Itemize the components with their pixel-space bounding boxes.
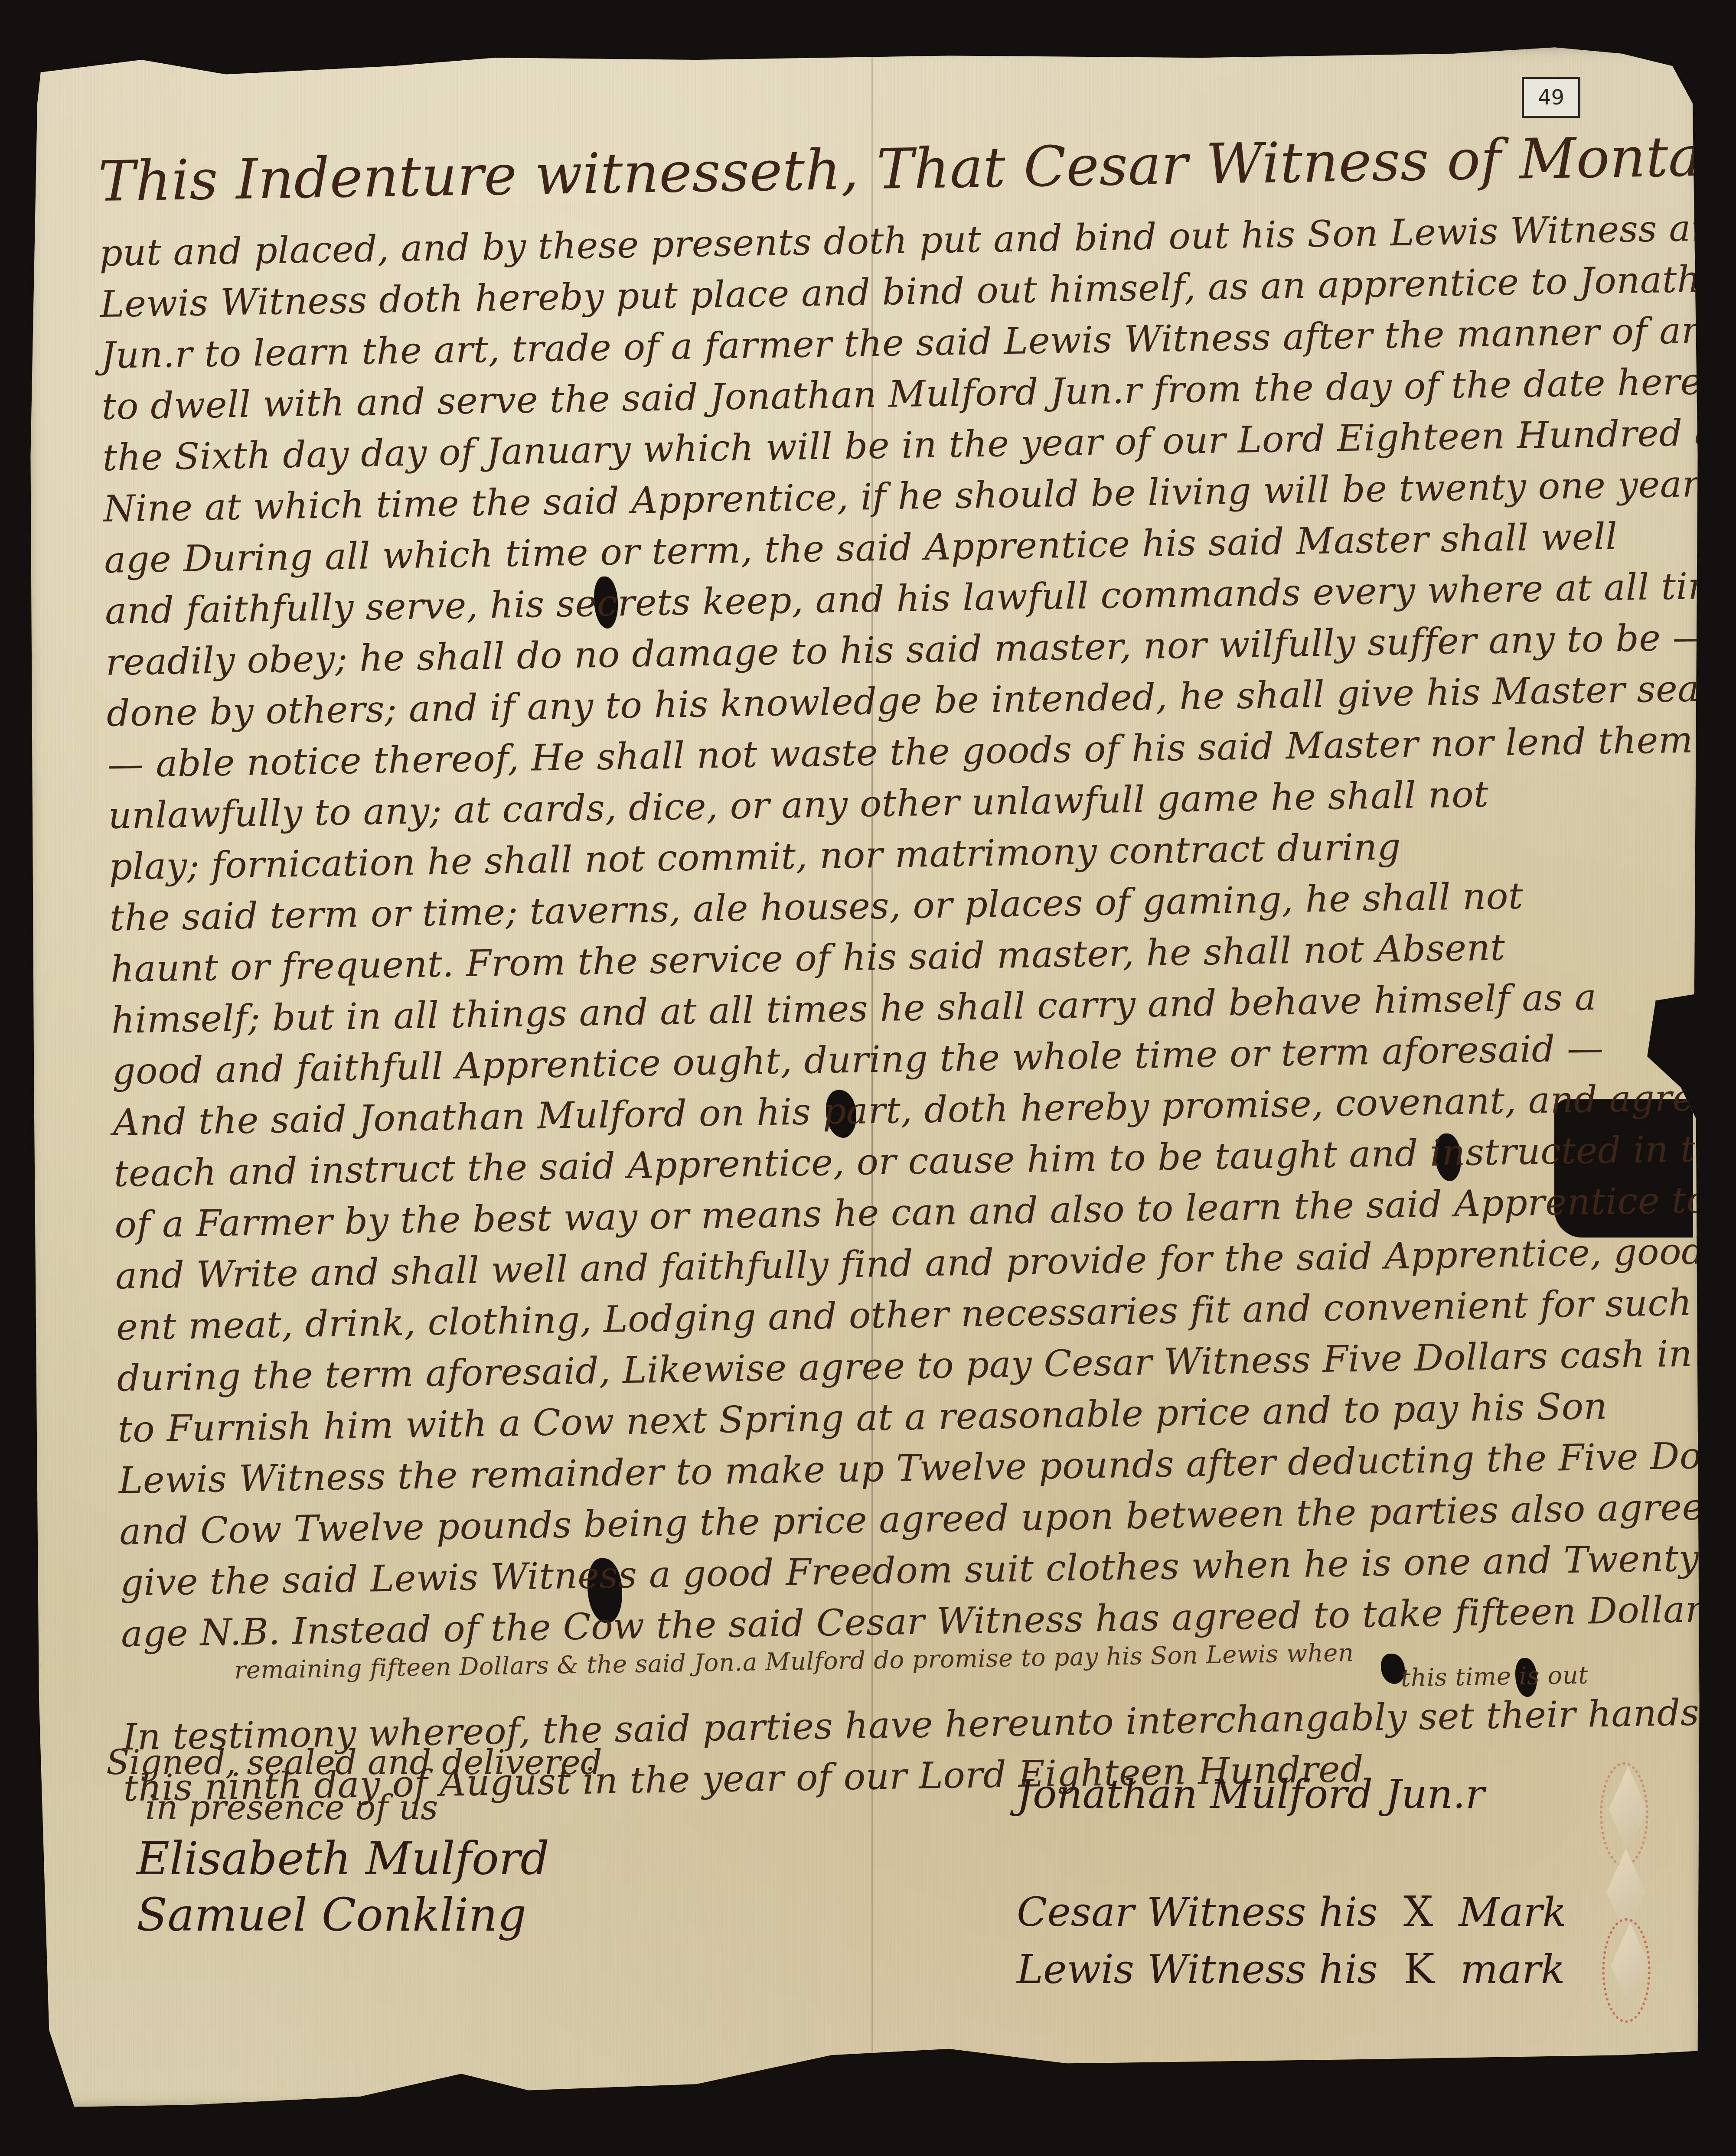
- witness-signature: Samuel Conkling: [106, 1887, 602, 1943]
- folio-number-label: 49: [1522, 77, 1580, 118]
- wax-seal-trace-icon: [1600, 1762, 1648, 1867]
- signature-cesar-witness: Cesar Witness his X Mark: [1017, 1883, 1566, 1941]
- signatories-block: Jonathan Mulford Jun.r Cesar Witness his…: [1017, 1766, 1566, 1998]
- attestation-label: in presence of us: [106, 1785, 602, 1830]
- attestation-label: Signed, sealed and delivered: [106, 1740, 602, 1785]
- witness-signature: Elisabeth Mulford: [106, 1830, 602, 1887]
- signature-jonathan-mulford: Jonathan Mulford Jun.r: [1017, 1766, 1566, 1823]
- signature-lewis-witness: Lewis Witness his K mark: [1017, 1941, 1566, 1998]
- manuscript-page: 49 This Indenture witnesseth, That Cesar…: [24, 41, 1706, 2113]
- indenture-text: This Indenture witnesseth, That Cesar Wi…: [98, 116, 1697, 1814]
- k-mark-icon: K: [1403, 1941, 1435, 1997]
- wax-seal-trace-icon: [1602, 1918, 1651, 2023]
- x-mark-icon: X: [1403, 1883, 1433, 1940]
- attestation-block: Signed, sealed and delivered in presence…: [106, 1740, 602, 1943]
